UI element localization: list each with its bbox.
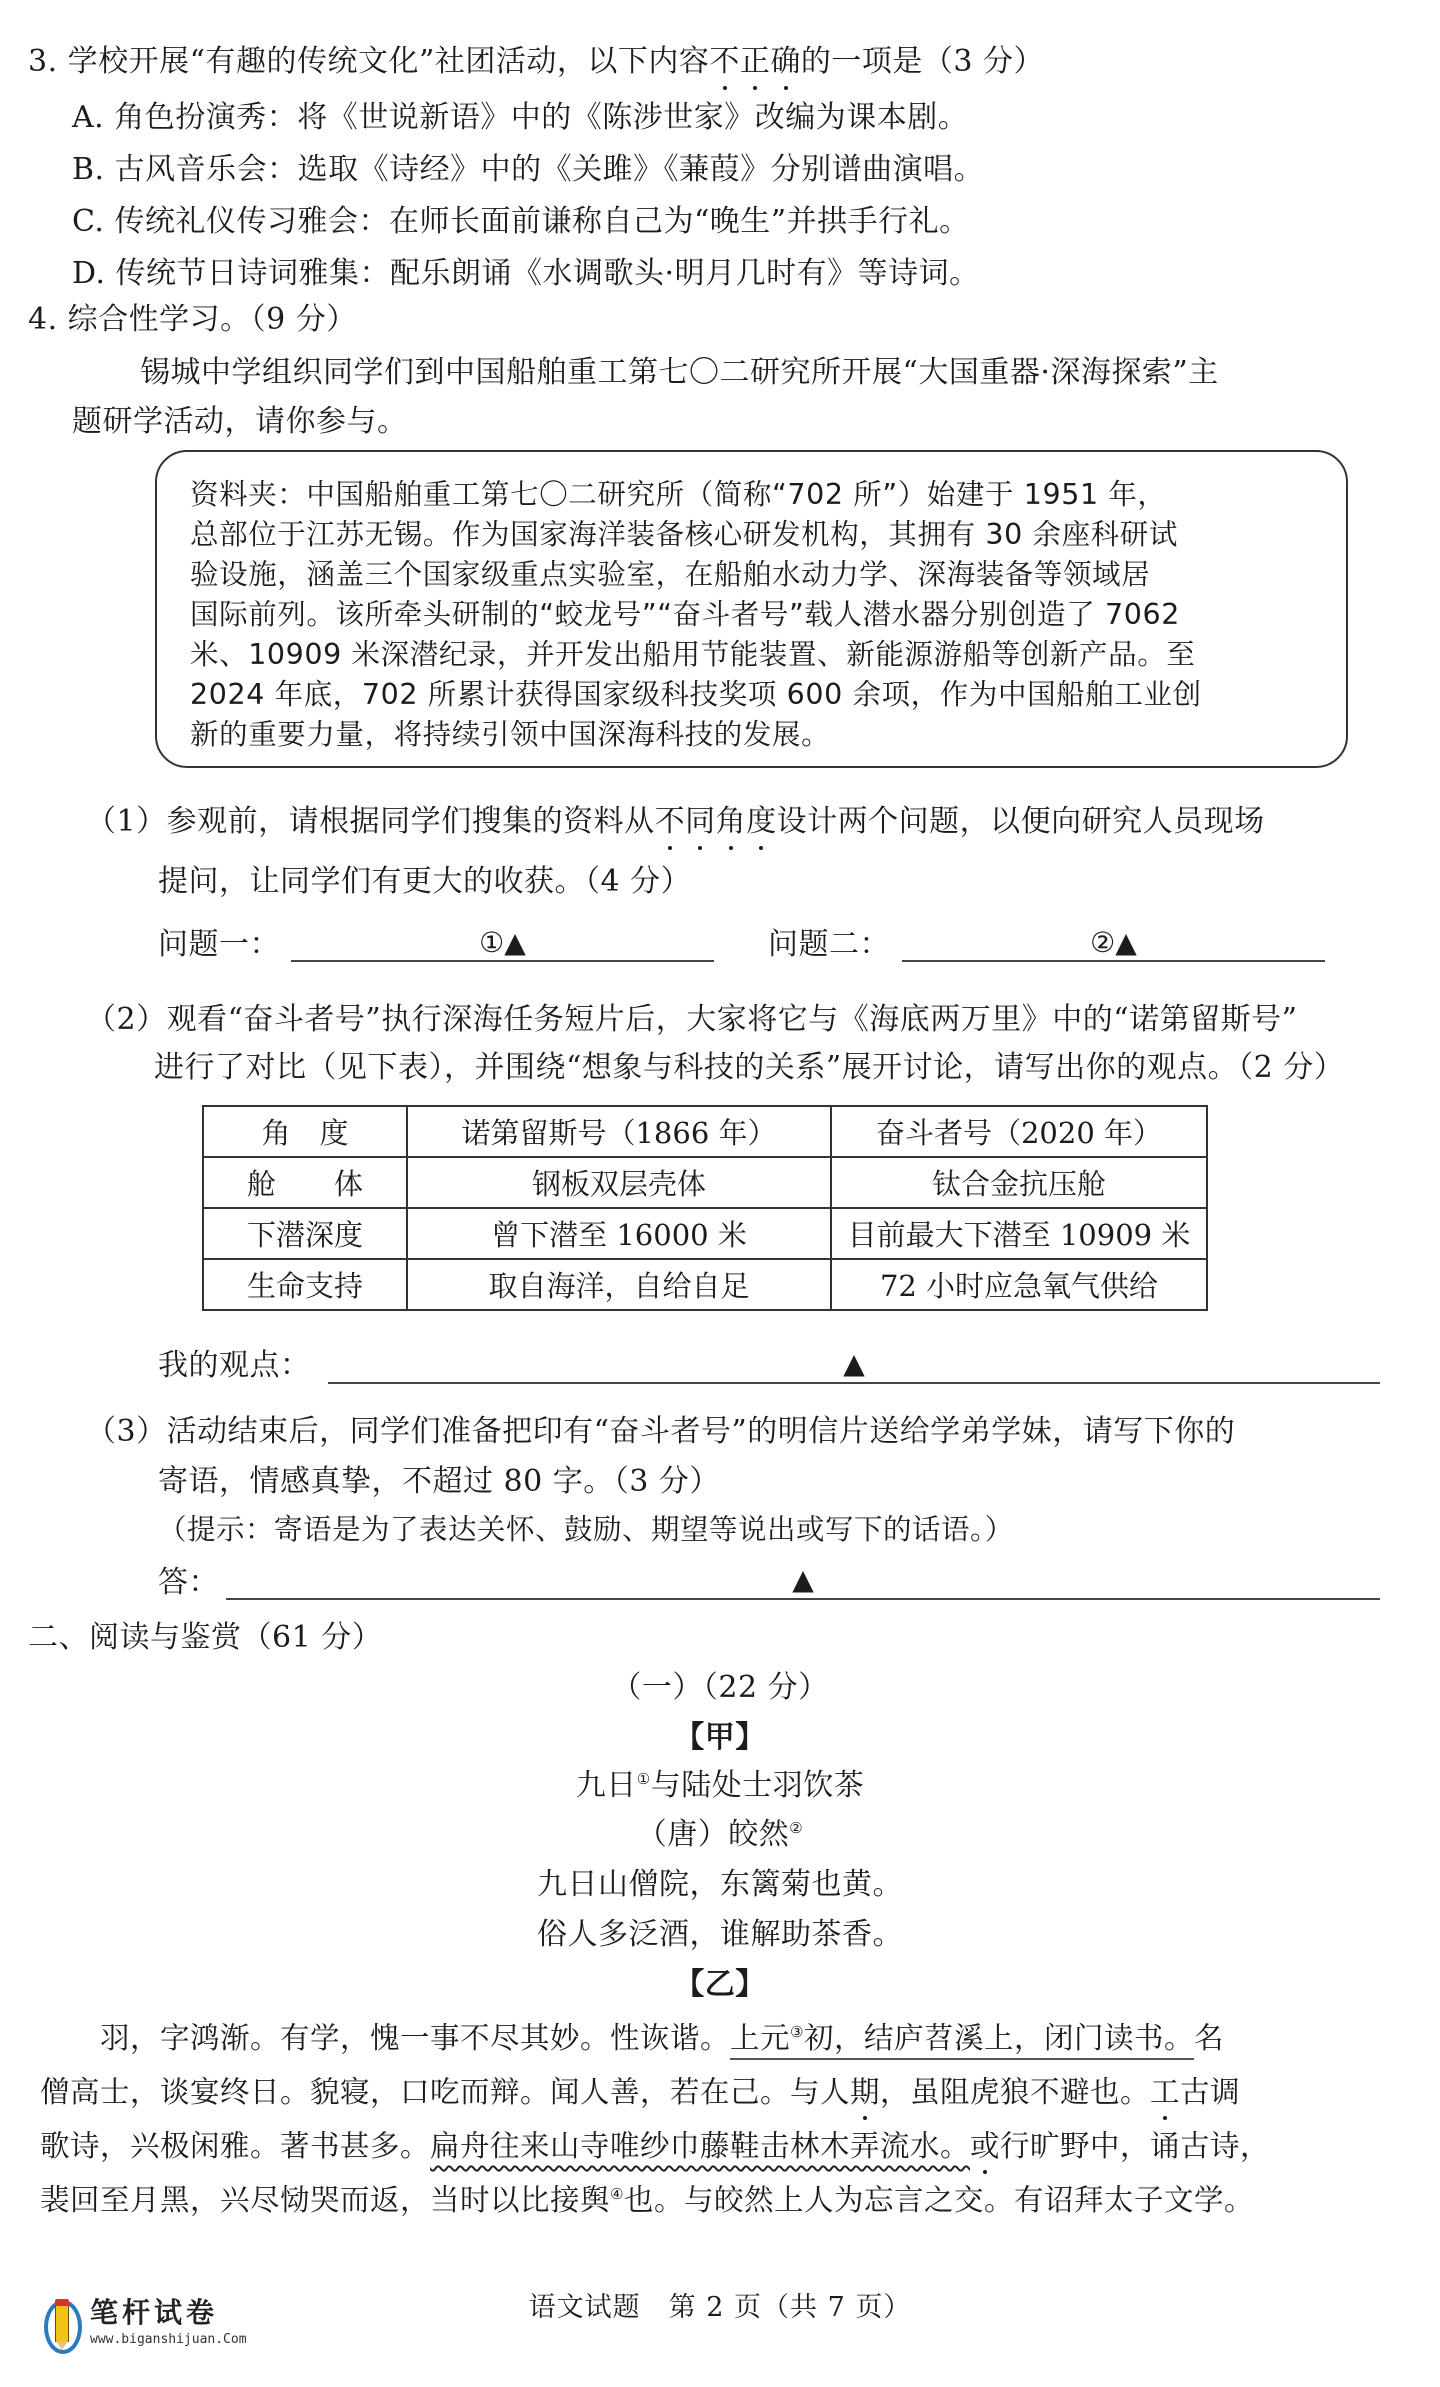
info-box-line: 2024 年底，702 所累计获得国家级科技奖项 600 余项，作为中国船舶工业… (190, 676, 1202, 714)
answer-marker: ▲ (328, 1346, 1380, 1382)
info-box-line: 资料夹：中国船舶重工第七〇二研究所（简称“702 所”）始建于 1951 年， (190, 476, 1167, 514)
pencil-icon (55, 2304, 69, 2342)
my-view-label: 我的观点： (158, 1346, 311, 1386)
q3-stem-text: 3. 学校开展“有趣的传统文化”社团活动，以下内容 (28, 44, 709, 79)
table-header-cell: 角 度 (203, 1106, 407, 1157)
passage-text: 行旷野中，诵古诗， (1000, 2129, 1270, 2163)
my-view-answer-line[interactable] (328, 1382, 1380, 1384)
question-two-label: 问题二： (768, 925, 890, 965)
q4-sub2-stem: （2）观看“奋斗者号”执行深海任务短片后，大家将它与《海底两万里》中的“诺第留斯… (86, 1000, 1297, 1040)
q4-sub1-text: 设计两个问题，以便向研究人员现场 (777, 804, 1265, 839)
emphasis-char: 度 (746, 802, 777, 842)
info-box-line: 米、10909 米深潜纪录，并开发出船用节能装置、新能源游船等创新产品。至 (190, 636, 1195, 674)
footnote-marker: ④ (610, 2185, 624, 2203)
passage-label-jia: 【甲】 (0, 1718, 1440, 1758)
q3-option-b: B. 古风音乐会：选取《诗经》中的《关雎》《蒹葭》分别谱曲演唱。 (72, 150, 984, 190)
poem-title: 九日①与陆处士羽饮茶 (0, 1766, 1440, 1806)
table-row: 生命支持 取自海洋，自给自足 72 小时应急氧气供给 (203, 1259, 1207, 1310)
underlined-sentence: 上元③初，结庐苕溪上，闭门读书。 (730, 2021, 1194, 2060)
section-title: 二、阅读与鉴赏（61 分） (28, 1618, 382, 1658)
q4-title: 4. 综合性学习。（9 分） (28, 300, 357, 340)
table-header-cell: 诺第留斯号（1866 年） (407, 1106, 831, 1157)
table-cell: 目前最大下潜至 10909 米 (831, 1208, 1207, 1259)
info-box-line: 总部位于江苏无锡。作为国家海洋装备核心研发机构，其拥有 30 余座科研试 (190, 516, 1178, 554)
passage-text: 上元 (730, 2021, 790, 2055)
passage-text: 僧高士，谈宴终日。貌寝，口吃而辩。闻人善，若在己。与人 (40, 2075, 850, 2109)
passage-text: ，虽阻虎狼不避也。 (880, 2075, 1150, 2109)
q4-sub3-stem: （3）活动结束后，同学们准备把印有“奋斗者号”的明信片送给学弟学妹，请写下你的 (86, 1412, 1235, 1452)
passage-label-yi: 【乙】 (0, 1965, 1440, 2005)
passage-text: 名 (1194, 2021, 1224, 2055)
q4-sub1-stem: （1）参观前，请根据同学们搜集的资料从不同角度设计两个问题，以便向研究人员现场 (86, 802, 1265, 842)
passage-text: 羽，字鸿渐。有学，愧一事不尽其妙。性诙谐。 (100, 2021, 730, 2055)
table-cell: 72 小时应急氧气供给 (831, 1259, 1207, 1310)
passage-text: 歌诗，兴极闲雅。著书甚多。 (40, 2129, 430, 2163)
q4-sub1-stem-cont: 提问，让同学们有更大的收获。（4 分） (158, 862, 691, 902)
wavy-underlined-sentence: 扁舟往来山寺唯纱巾藤鞋击林木弄流水。 (430, 2129, 970, 2163)
emphasis-char: 不 (655, 802, 686, 842)
q3-option-a: A. 角色扮演秀：将《世说新语》中的《陈涉世家》改编为课本剧。 (72, 98, 968, 138)
greeting-answer-line[interactable] (226, 1598, 1380, 1600)
q3-stem-text: 的一项是（3 分） (801, 44, 1044, 79)
logo-url: www.biganshijuan.Com (90, 2332, 247, 2348)
passage-text: 也。与皎然上人为忘言之交。有诏拜太子文学。 (624, 2183, 1254, 2217)
table-cell: 钛合金抗压舱 (831, 1157, 1207, 1208)
question-two-marker: ②▲ (902, 925, 1325, 961)
table-header-cell: 奋斗者号（2020 年） (831, 1106, 1207, 1157)
poem-title-text: 与陆处士羽饮茶 (651, 1768, 865, 1803)
question-one-marker: ①▲ (291, 925, 714, 961)
emphasis-char: 期 (850, 2072, 880, 2112)
footnote-marker: ② (789, 1819, 803, 1837)
table-row: 舱 体 钢板双层壳体 钛合金抗压舱 (203, 1157, 1207, 1208)
table-cell: 生命支持 (203, 1259, 407, 1310)
question-one-label: 问题一： (158, 925, 280, 965)
poem-author: （唐）皎然② (0, 1815, 1440, 1855)
poem-line: 俗人多泛酒，谁解助茶香。 (0, 1915, 1440, 1955)
footnote-marker: ③ (790, 2023, 804, 2041)
emphasis-char: 同 (685, 802, 716, 842)
part-title: （一）（22 分） (0, 1668, 1440, 1708)
table-cell: 舱 体 (203, 1157, 407, 1208)
footnote-marker: ① (637, 1770, 651, 1788)
passage-text: 初，结庐苕溪上，闭门读书。 (804, 2021, 1194, 2055)
table-cell: 曾下潜至 16000 米 (407, 1208, 831, 1259)
info-box-line: 国际前列。该所牵头研制的“蛟龙号”“奋斗者号”载人潜水器分别创造了 7062 (190, 596, 1180, 634)
q4-sub3-stem-cont: 寄语，情感真挚，不超过 80 字。（3 分） (158, 1462, 720, 1502)
info-box-line: 验设施，涵盖三个国家级重点实验室，在船舶水动力学、深海装备等领域居 (190, 556, 1150, 594)
q4-sub3-hint: （提示：寄语是为了表达关怀、鼓励、期望等说出或写下的话语。） (158, 1510, 1014, 1550)
emphasis-char: 不 (709, 42, 740, 82)
table-row: 下潜深度 曾下潜至 16000 米 目前最大下潜至 10909 米 (203, 1208, 1207, 1259)
passage-yi-line: 歌诗，兴极闲雅。著书甚多。扁舟往来山寺唯纱巾藤鞋击林木弄流水。或行旷野中，诵古诗… (40, 2126, 1270, 2166)
q3-option-c: C. 传统礼仪传习雅会：在师长面前谦称自己为“晚生”并拱手行礼。 (72, 202, 970, 242)
poem-title-text: 九日 (576, 1768, 637, 1803)
comparison-table: 角 度 诺第留斯号（1866 年） 奋斗者号（2020 年） 舱 体 钢板双层壳… (202, 1105, 1208, 1311)
q4-intro-line: 锡城中学组织同学们到中国船舶重工第七〇二研究所开展“大国重器·深海探索”主 (140, 353, 1219, 393)
q3-option-d: D. 传统节日诗词雅集：配乐朗诵《水调歌头·明月几时有》等诗词。 (72, 254, 980, 294)
q4-sub1-text: （1）参观前，请根据同学们搜集的资料从 (86, 804, 655, 839)
table-cell: 钢板双层壳体 (407, 1157, 831, 1208)
passage-yi-line: 羽，字鸿渐。有学，愧一事不尽其妙。性诙谐。上元③初，结庐苕溪上，闭门读书。名 (100, 2018, 1224, 2058)
poem-line: 九日山僧院，东篱菊也黄。 (0, 1865, 1440, 1905)
table-cell: 下潜深度 (203, 1208, 407, 1259)
q3-stem: 3. 学校开展“有趣的传统文化”社团活动，以下内容不正确的一项是（3 分） (28, 42, 1044, 82)
passage-yi-line: 僧高士，谈宴终日。貌寝，口吃而辩。闻人善，若在己。与人期，虽阻虎狼不避也。工古调 (40, 2072, 1240, 2112)
answer-label: 答： (158, 1563, 219, 1603)
q4-sub2-stem-cont: 进行了对比（见下表），并围绕“想象与科技的关系”展开讨论，请写出你的观点。（2 … (154, 1048, 1344, 1088)
passage-yi-line: 裴回至月黑，兴尽恸哭而返，当时以比接舆④也。与皎然上人为忘言之交。有诏拜太子文学… (40, 2180, 1254, 2220)
emphasis-char: 正 (740, 42, 771, 82)
poem-author-text: （唐）皎然 (637, 1817, 790, 1852)
logo-title: 笔杆试卷 (90, 2296, 218, 2330)
table-header-row: 角 度 诺第留斯号（1866 年） 奋斗者号（2020 年） (203, 1106, 1207, 1157)
passage-text: 裴回至月黑，兴尽恸哭而返，当时以比接舆 (40, 2183, 610, 2217)
emphasis-char: 或 (970, 2126, 1000, 2166)
emphasis-char: 工 (1150, 2072, 1180, 2112)
emphasis-char: 确 (770, 42, 801, 82)
table-cell: 取自海洋，自给自足 (407, 1259, 831, 1310)
q4-intro-line: 题研学活动，请你参与。 (72, 402, 408, 442)
passage-text: 古调 (1180, 2075, 1240, 2109)
info-box-line: 新的重要力量，将持续引领中国深海科技的发展。 (190, 716, 830, 754)
emphasis-char: 角 (716, 802, 747, 842)
site-logo[interactable]: 笔杆试卷 www.biganshijuan.Com (44, 2296, 244, 2358)
answer-marker: ▲ (226, 1562, 1380, 1598)
